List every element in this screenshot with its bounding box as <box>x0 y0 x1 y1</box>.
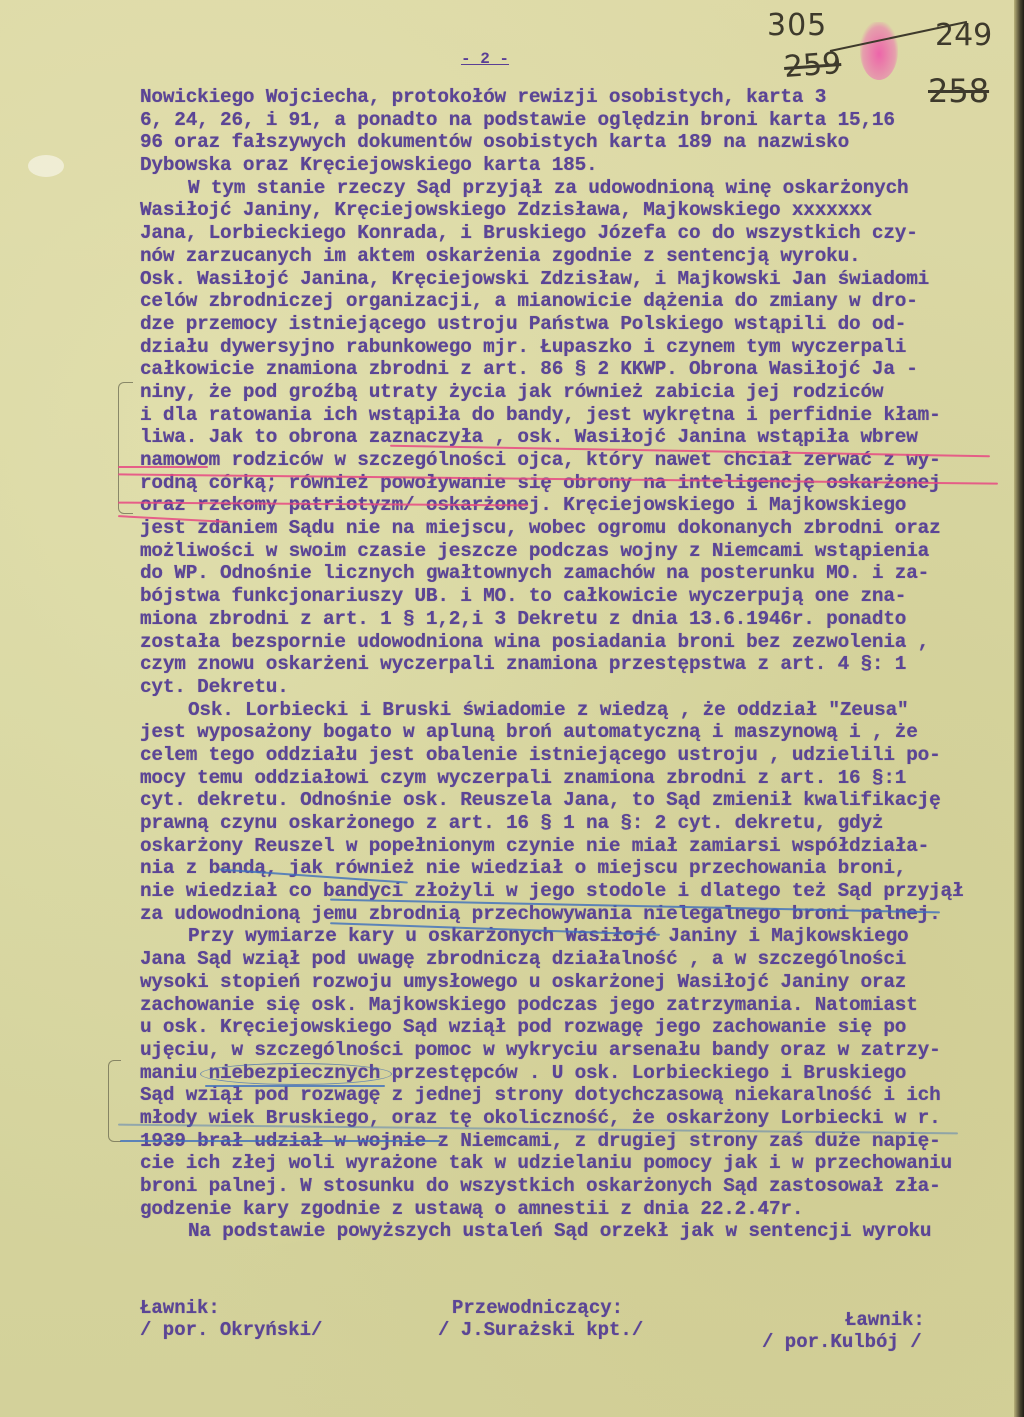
text-line: jest wyposażony bogato w apluną broń aut… <box>140 721 1000 744</box>
text-line: godzenie kary zgodnie z ustawą o amnesti… <box>140 1198 1000 1221</box>
text-line: broni palnej. W stosunku do wszystkich o… <box>140 1175 1000 1198</box>
text-line: całkowicie znamiona zbrodni z art. 86 § … <box>140 358 1000 381</box>
text-line: 96 oraz fałszywych dokumentów osobistych… <box>140 131 1000 154</box>
text-line: Sąd wziął pod rozwagę z jednej strony do… <box>140 1084 1000 1107</box>
text-line: dze przemocy istniejącego ustroju Państw… <box>140 313 1000 336</box>
juror-left-name: / por. Okryński/ <box>140 1319 322 1341</box>
paper-stain <box>28 155 64 177</box>
text-line: Wasiłojć Janiny, Kręciejowskiego Zdzisła… <box>140 199 1000 222</box>
pencil-margin-bracket-2 <box>108 1060 121 1142</box>
text-line: celów zbrodniczej organizacji, a mianowi… <box>140 290 1000 313</box>
text-line: możliwości w swoim czasie jeszcze podcza… <box>140 540 1000 563</box>
scan-edge-shadow <box>1014 0 1024 1417</box>
text-line: maniu niebezpiecznych przestępców . U os… <box>140 1062 1000 1085</box>
page-number: - 2 - <box>455 50 515 68</box>
text-line: Jana Sąd wziął pod uwagę zbrodniczą dzia… <box>140 948 1000 971</box>
text-line: miona zbrodni z art. 1 § 1,2,i 3 Dekretu… <box>140 608 1000 631</box>
text-line: Osk. Lorbiecki i Bruski świadomie z wied… <box>140 699 1000 722</box>
text-line: Jana, Lorbieckiego Konrada, i Bruskiego … <box>140 222 1000 245</box>
text-line: jest zdaniem Sądu nie na miejscu, wobec … <box>140 517 1000 540</box>
text-line: młody wiek Bruskiego, oraz tę okolicznoś… <box>140 1107 1000 1130</box>
pink-crayon-mark <box>860 22 898 80</box>
juror-right-label: Ławnik: <box>845 1309 925 1331</box>
text-line: liwa. Jak to obrona zaznaczyła , osk. Wa… <box>140 426 1000 449</box>
folio-number-current: 305 <box>767 8 827 43</box>
text-line: nia z bandą, jak również nie wiedział o … <box>140 857 1000 880</box>
text-line: do WP. Odnośnie licznych gwałtownych zam… <box>140 562 1000 585</box>
text-line: cyt. Dekretu. <box>140 676 1000 699</box>
text-line: cyt. dekretu. Odnośnie osk. Reuszela Jan… <box>140 789 1000 812</box>
juror-left-label: Ławnik: <box>140 1297 220 1319</box>
text-line: Dybowska oraz Kręciejowskiego karta 185. <box>140 154 1000 177</box>
text-line: Przy wymiarze kary u oskarżonych Wasiłoj… <box>140 925 1000 948</box>
text-line: wysoki stopień rozwoju umysłowego u oska… <box>140 971 1000 994</box>
text-line: rodną córką; również powoływanie się obr… <box>140 472 1000 495</box>
presiding-judge-label: Przewodniczący: <box>452 1297 623 1319</box>
text-line: namowom rodziców w szczególności ojca, k… <box>140 449 1000 472</box>
text-line: W tym stanie rzeczy Sąd przyjął za udowo… <box>140 177 1000 200</box>
text-line: działu dywersyjno rabunkowego mjr. Łupas… <box>140 336 1000 359</box>
text-line: 1939 brał udział w wojnie z Niemcami, z … <box>140 1130 1000 1153</box>
text-line: czym znowu oskarżeni wyczerpali znamiona… <box>140 653 1000 676</box>
text-line: prawną czynu oskarżonego z art. 16 § 1 n… <box>140 812 1000 835</box>
text-line: u osk. Kręciejowskiego Sąd wziął pod roz… <box>140 1016 1000 1039</box>
pencil-margin-bracket <box>118 382 133 514</box>
text-line: została bezspornie udowodniona wina posi… <box>140 631 1000 654</box>
document-page: 305 259 249 258 - 2 - Nowickiego Wojciec… <box>0 0 1014 1417</box>
folio-number-crossed-1: 259 <box>783 46 843 85</box>
text-line: nie wiedział co bandyci złożyli w jego s… <box>140 880 1000 903</box>
juror-right-name: / por.Kulbój / <box>762 1331 922 1353</box>
text-line: nów zarzucanych im aktem oskarżenia zgod… <box>140 245 1000 268</box>
text-line: niny, że pod groźbą utraty życia jak rów… <box>140 381 1000 404</box>
text-line: celem tego oddziału jest obalenie istnie… <box>140 744 1000 767</box>
text-line: 6, 24, 26, i 91, a ponadto na podstawie … <box>140 109 1000 132</box>
text-line: oraz rzekomy patriotyzm/ oskarżonej. Krę… <box>140 494 1000 517</box>
text-line: Osk. Wasiłojć Janina, Kręciejowski Zdzis… <box>140 268 1000 291</box>
text-line: ujęciu, w szczególności pomoc w wykryciu… <box>140 1039 1000 1062</box>
text-line: za udowodnioną jemu zbrodnią przechowywa… <box>140 903 1000 926</box>
text-line: cie ich złej woli wyrażone tak w udziela… <box>140 1152 1000 1175</box>
text-line: oskarżony Reuszel w popełnionym czynie n… <box>140 835 1000 858</box>
text-line: i dla ratowania ich wstąpiła do bandy, j… <box>140 404 1000 427</box>
text-line: Na podstawie powyższych ustaleń Sąd orze… <box>140 1220 1000 1243</box>
text-line: Nowickiego Wojciecha, protokołów rewizji… <box>140 86 1000 109</box>
text-line: bójstwa funkcjonariuszy UB. i MO. to cał… <box>140 585 1000 608</box>
presiding-judge-name: / J.Surażski kpt./ <box>438 1319 643 1341</box>
judgment-body-text: Nowickiego Wojciecha, protokołów rewizji… <box>140 86 1000 1243</box>
text-line: mocy temu oddziałowi czym wyczerpali zna… <box>140 767 1000 790</box>
text-line: zachowanie się osk. Majkowskiego podczas… <box>140 994 1000 1017</box>
